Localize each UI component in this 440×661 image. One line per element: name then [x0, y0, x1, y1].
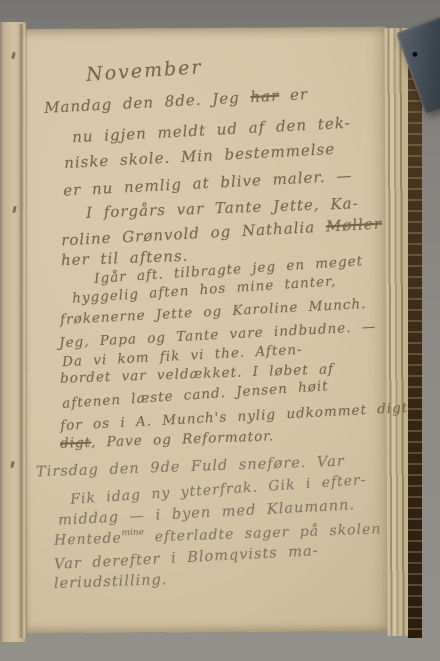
line-text: roline Grønvold og Nathalia: [61, 218, 327, 250]
handwriting-layer: November Mandag den 8de. Jeg har er nu i…: [0, 0, 440, 661]
struck-word: digt: [60, 435, 92, 452]
line-text: efterladte sager på skolen: [144, 521, 382, 545]
struck-word: har: [250, 87, 280, 106]
line-text: Mandag den 8de. Jeg: [44, 88, 251, 117]
handwritten-line: er nu nemlig at blive maler. —: [63, 166, 353, 199]
line-text: Var derefter i Blomqvists ma-: [54, 543, 319, 573]
photographed-diary-scene: November Mandag den 8de. Jeg har er nu i…: [0, 0, 440, 661]
handwritten-line: leriudstilling.: [54, 572, 168, 592]
handwritten-line: niske skole. Min bestemmelse: [64, 140, 336, 172]
line-text: er nu nemlig at blive maler. —: [63, 166, 353, 199]
line-text: , Pave og Reformator.: [91, 428, 275, 450]
handwritten-line: Mandag den 8de. Jeg har er: [44, 85, 309, 117]
line-text: niske skole. Min bestemmelse: [64, 140, 336, 172]
handwritten-line: Var derefter i Blomqvists ma-: [54, 543, 319, 573]
struck-word: Møller: [325, 215, 382, 236]
month-heading: November: [85, 56, 203, 86]
inserted-word: mine: [121, 528, 144, 539]
line-text: Hentede: [54, 530, 122, 548]
line-text: leriudstilling.: [54, 572, 168, 592]
line-text: er: [279, 85, 309, 104]
